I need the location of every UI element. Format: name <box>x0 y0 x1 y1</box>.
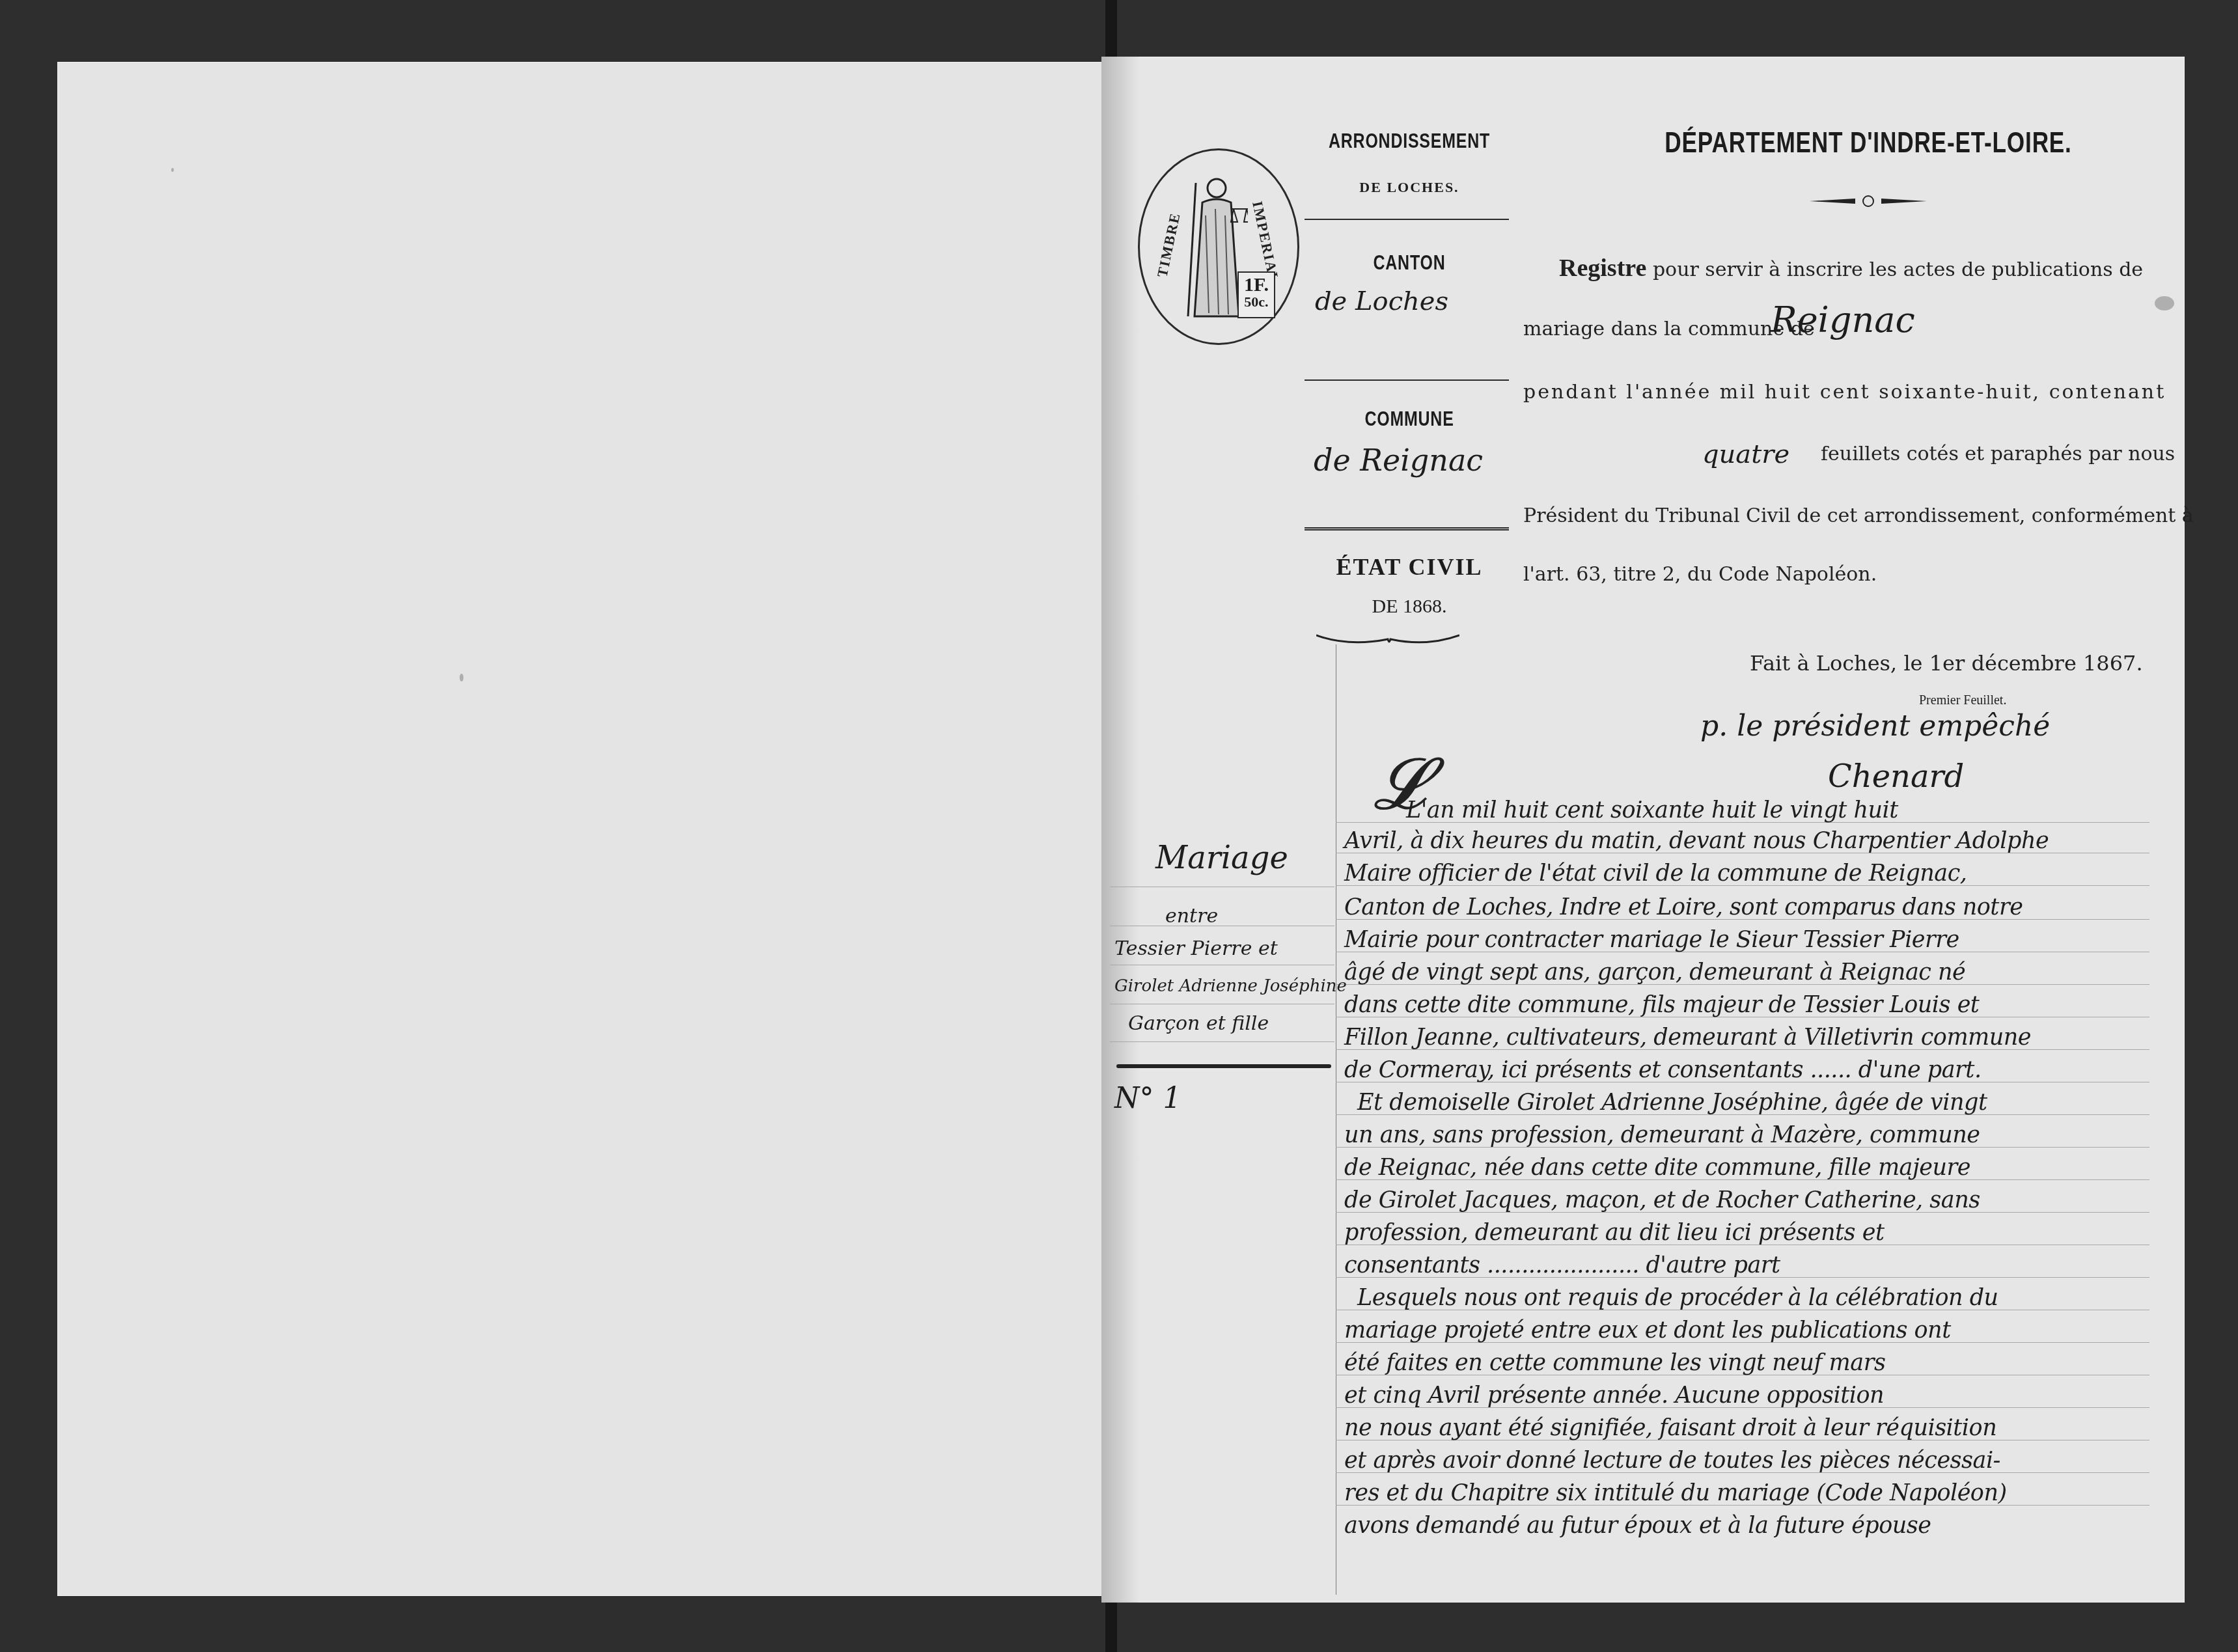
signature-note: p. le président empêché <box>1700 709 2050 743</box>
registre-line-1-text: pour servir à inscrire les actes de publ… <box>1653 258 2143 281</box>
registre-line-1: Registre pour servir à inscrire les acte… <box>1559 254 2143 282</box>
stamp-text-timbre: TIMBRE <box>1154 211 1183 279</box>
act-line: L'an mil huit cent soixante huit le ving… <box>1406 797 1898 823</box>
folio-label: Premier Feuillet. <box>1919 693 2006 708</box>
act-line: ne nous ayant été signifiée, faisant dro… <box>1344 1415 1996 1441</box>
margin-rule <box>1336 644 1336 1595</box>
margin-ruled-line <box>1110 1004 1334 1004</box>
left-page-blank <box>57 62 1111 1596</box>
margin-groom: Tessier Pierre et <box>1114 937 1278 960</box>
act-line: de Girolet Jacques, maçon, et de Rocher … <box>1344 1187 1980 1213</box>
header-double-divider <box>1305 527 1509 533</box>
act-line: consentants ...................... d'aut… <box>1344 1252 1780 1278</box>
act-line: Et demoiselle Girolet Adrienne Joséphine… <box>1357 1090 1987 1116</box>
commune-label: COMMUNE <box>1325 407 1493 431</box>
margin-ruled-line <box>1110 965 1334 965</box>
registre-line-4-text: feuillets cotés et paraphés par nous <box>1821 443 2175 465</box>
etat-civil-heading: ÉTAT CIVIL <box>1302 553 1517 581</box>
act-line: mariage projeté entre eux et dont les pu… <box>1344 1317 1951 1343</box>
stamp-value-centimes: 50c. <box>1239 295 1274 309</box>
paper-speck <box>460 674 463 681</box>
spine-shadow <box>1101 57 1139 1603</box>
margin-entre: entre <box>1165 905 1218 928</box>
act-line: et après avoir donné lecture de toutes l… <box>1344 1448 2000 1474</box>
commune-value: de Reignac <box>1314 443 1535 478</box>
act-line: âgé de vingt sept ans, garçon, demeurant… <box>1344 959 1965 985</box>
canton-label: CANTON <box>1325 251 1493 275</box>
registre-line-3: pendant l'année mil huit cent soixante-h… <box>1523 381 2166 404</box>
margin-status: Garçon et fille <box>1128 1012 1269 1035</box>
arrondissement-value: DE LOCHES. <box>1302 179 1517 196</box>
header-divider <box>1305 219 1509 220</box>
act-line: res et du Chapitre six intitulé du maria… <box>1344 1480 2007 1506</box>
act-line: Fillon Jeanne, cultivateurs, demeurant à… <box>1344 1025 2031 1051</box>
registre-commune-value: Reignac <box>1771 299 1915 340</box>
registre-line-4: feuillets cotés et paraphés par nous <box>1657 443 2175 465</box>
act-number: N° 1 <box>1114 1082 1181 1115</box>
margin-ruled-line <box>1110 1041 1334 1042</box>
stamp-value: 1F. 50c. <box>1237 271 1275 318</box>
act-line: un ans, sans profession, demeurant à Maz… <box>1344 1122 1980 1148</box>
registre-word: Registre <box>1559 255 1646 282</box>
margin-heavy-rule <box>1116 1064 1331 1068</box>
margin-ruled-line <box>1110 887 1334 887</box>
register-year: DE 1868. <box>1302 596 1517 618</box>
date-place-line: Fait à Loches, le 1er décembre 1867. <box>1750 651 2143 676</box>
act-line: et cinq Avril présente année. Aucune opp… <box>1344 1383 1884 1409</box>
imperial-tax-stamp: TIMBRE IMPERIAL. 1F. 50c. <box>1138 148 1299 345</box>
act-line: profession, demeurant au dit lieu ici pr… <box>1344 1220 1884 1246</box>
act-line: avons demandé au futur époux et à la fut… <box>1344 1513 1931 1539</box>
president-signature: Chenard <box>1828 758 1964 795</box>
act-line: dans cette dite commune, fils majeur de … <box>1344 992 1979 1018</box>
act-line: Lesquels nous ont requis de procéder à l… <box>1357 1285 1998 1311</box>
title-ornament-icon <box>1797 193 1940 209</box>
margin-title: Mariage <box>1155 840 1288 876</box>
header-divider <box>1305 379 1509 381</box>
act-line: Avril, à dix heures du matin, devant nou… <box>1344 828 2049 854</box>
arrondissement-label: ARRONDISSEMENT <box>1325 129 1493 153</box>
act-line: Canton de Loches, Indre et Loire, sont c… <box>1344 894 2023 920</box>
act-line: de Cormeray, ici présents et consentants… <box>1344 1057 1982 1083</box>
margin-ruled-line <box>1110 926 1334 926</box>
flourish-ornament-icon <box>1316 633 1459 648</box>
registre-line-5: Président du Tribunal Civil de cet arron… <box>1523 504 2194 527</box>
ink-stain <box>2155 296 2174 310</box>
registre-line-6: l'art. 63, titre 2, du Code Napoléon. <box>1523 563 1877 586</box>
act-line: Mairie pour contracter mariage le Sieur … <box>1344 927 1959 953</box>
act-line: de Reignac, née dans cette dite commune,… <box>1344 1155 1970 1181</box>
stamp-value-francs: 1F. <box>1239 275 1274 295</box>
act-line: été faites en cette commune les vingt ne… <box>1344 1350 1885 1376</box>
margin-bride: Girolet Adrienne Joséphine <box>1114 976 1347 996</box>
paper-speck <box>171 168 174 172</box>
department-title: DÉPARTEMENT D'INDRE-ET-LOIRE. <box>1639 127 2097 159</box>
act-line: Maire officier de l'état civil de la com… <box>1344 860 1967 887</box>
canton-value: de Loches <box>1315 286 1523 316</box>
